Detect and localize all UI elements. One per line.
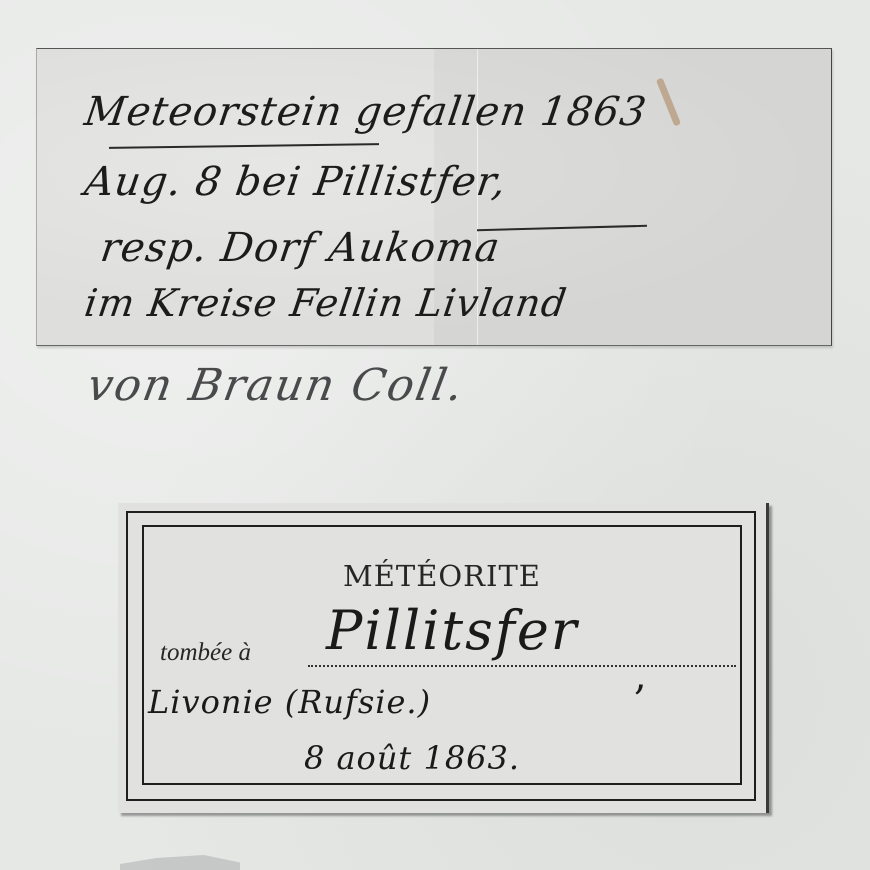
handwritten-place-name: Pillitsfer [326, 599, 579, 662]
underline-meteorstein [109, 143, 379, 149]
printed-prefix: tombée à [160, 639, 251, 667]
handwritten-line-1: Meteorstein gefallen 1863 [82, 89, 650, 135]
handwritten-date: 8 août 1863. [118, 739, 766, 777]
handwritten-line-4: im Kreise Fellin Livland [82, 281, 570, 325]
handwritten-region: Livonie (Rufsie.) [148, 683, 431, 721]
printed-title: MÉTÉORITE [118, 559, 766, 593]
paper-scrap [120, 855, 240, 870]
dotted-fill-line [308, 665, 736, 667]
printed-label: MÉTÉORITE tombée à Pillitsfer , Livonie … [118, 503, 769, 813]
handwritten-comma: , [634, 653, 647, 699]
rust-stain [656, 78, 681, 127]
pencil-collection-note: von Braun Coll. [84, 360, 469, 411]
specimen-sheet: Meteorstein gefallen 1863 Aug. 8 bei Pil… [0, 0, 870, 870]
handwritten-line-3: resp. Dorf Aukoma [98, 225, 503, 271]
handwritten-line-2: Aug. 8 bei Pillistfer, [82, 159, 510, 205]
handwritten-label: Meteorstein gefallen 1863 Aug. 8 bei Pil… [36, 48, 832, 346]
